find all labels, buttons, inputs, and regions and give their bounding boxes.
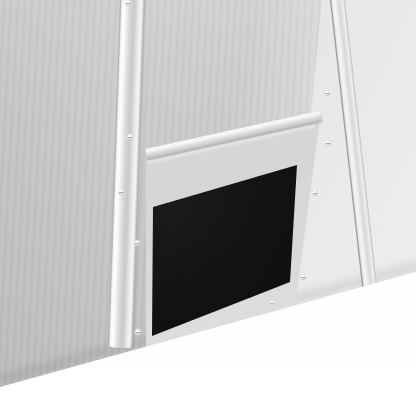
screw — [135, 329, 141, 335]
screw — [269, 300, 275, 306]
screw — [300, 274, 306, 280]
screw — [324, 90, 330, 96]
screw — [325, 140, 331, 146]
screw — [125, 0, 131, 6]
screw — [312, 190, 318, 196]
screw — [118, 189, 124, 195]
screw — [134, 240, 140, 246]
product-photo — [0, 0, 416, 416]
screw — [127, 134, 133, 140]
